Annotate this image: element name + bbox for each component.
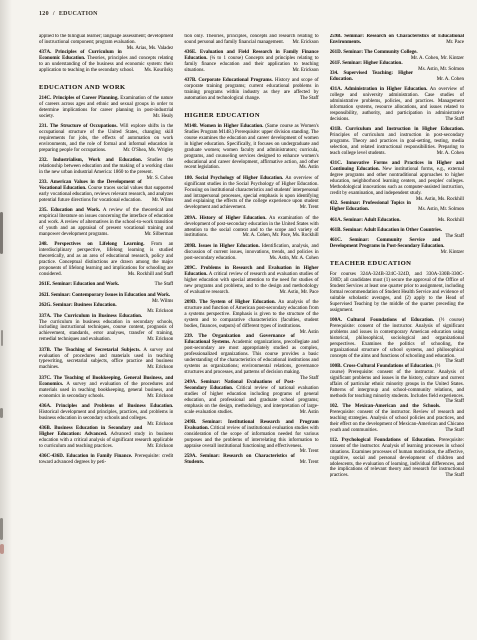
instructor-name: Ms. Astin, Mr. Solmon bbox=[413, 67, 464, 73]
instructor-name: The Staff bbox=[440, 117, 464, 123]
course-entry: 102. The Mexican-American and the School… bbox=[330, 404, 464, 434]
instructor-name: Mr. Erickson bbox=[142, 394, 173, 400]
continued-paragraph: tion only. Theories, principles, concept… bbox=[184, 34, 318, 46]
section-heading: TEACHER EDUCATION bbox=[330, 260, 464, 267]
course-entry: 259B. Seminar: Research on Characteristi… bbox=[330, 34, 464, 46]
instructor-name: The Staff bbox=[440, 234, 464, 240]
instructor-name: Mr. Wilms bbox=[147, 198, 173, 204]
instructor-name: Mr. Astin bbox=[295, 330, 319, 336]
instructor-name: The Staff bbox=[440, 428, 464, 434]
course-entry: 431A. Administration in Higher Education… bbox=[330, 87, 464, 122]
course-entry: 461B. Seminar: Adult Education in Other … bbox=[330, 228, 464, 234]
instructor-name: Mr. Trent bbox=[295, 449, 319, 455]
course-code-title: 100B. Cross-Cultural Foundations of Educ… bbox=[330, 364, 434, 369]
column-1: applied to the bilingual learner; langua… bbox=[39, 34, 173, 635]
course-description: An overview of college and university ad… bbox=[330, 87, 464, 122]
course-description: applied to the bilingual learner; langua… bbox=[39, 34, 173, 45]
course-description: An overview of significant studies in th… bbox=[184, 176, 318, 211]
course-code-title: 209D. The System of Higher Education. bbox=[184, 300, 275, 305]
scan-smudge bbox=[1, 330, 3, 346]
course-description: For courses 324A-324B-324C-324D, and 330… bbox=[330, 272, 464, 312]
instructor-name: Mr. Astin bbox=[295, 410, 319, 416]
instructor-name: Mr. A. Cohen, Mr. Pace, Ms. Rockhill bbox=[238, 233, 319, 239]
course-description: Prerequisite: consent of the instructor.… bbox=[330, 438, 464, 478]
course-code-title: 436A. Principles and Problems of Busines… bbox=[39, 404, 173, 409]
course-entry: 436B. Business Education in Secondary an… bbox=[39, 426, 173, 450]
course-entry: 231. The Structure of Occupations. Will … bbox=[39, 124, 173, 154]
instructor-name: Ms. Kourilsky bbox=[139, 68, 173, 74]
course-code-title: 235. Education and Work. bbox=[39, 208, 100, 213]
course-code-title: 432. Seminar: Professional Topics in Hig… bbox=[330, 201, 411, 212]
course-entry: 334. Supervised Teaching: Higher Educati… bbox=[330, 71, 464, 83]
course-entry: 261E. Seminar: Education and Work. The S… bbox=[39, 282, 173, 288]
instructor-name: The Staff bbox=[150, 282, 174, 288]
page-section-title: EDUCATION bbox=[59, 11, 98, 17]
course-code-title: 261E. Seminar: Education and Work. bbox=[39, 282, 119, 287]
course-code-title: 209A. History of Higher Education. bbox=[184, 216, 266, 221]
course-description: (½ course) Prerequisite: consent of the … bbox=[330, 318, 464, 358]
instructor-name: Mr. Astin, Mr. Pace bbox=[274, 290, 318, 296]
instructor-name: Mr. Erickson bbox=[142, 365, 173, 371]
instructor-name: The Staff bbox=[295, 376, 319, 382]
course-entry: 437B. Corporate Educational Programs. Hi… bbox=[184, 78, 318, 102]
instructor-name: Mr. Erickson bbox=[142, 422, 173, 428]
course-code-title: 112. Psychological Foundations of Educat… bbox=[330, 438, 436, 443]
instructor-name: Mr. Wilms bbox=[147, 299, 173, 305]
course-code-title: 214C. Principles of Career Planning. bbox=[39, 96, 119, 101]
instructor-name: Mr. Erickson bbox=[142, 337, 173, 343]
course-description: Academic organizations, precollegiate an… bbox=[184, 340, 318, 375]
course-entry: 432. Seminar: Professional Topics in Hig… bbox=[330, 201, 464, 213]
instructor-name: Mr. S. Cohen bbox=[142, 176, 174, 182]
course-entry: 431B. Curriculum and Instruction in High… bbox=[330, 127, 464, 157]
instructor-name: Mr. A. Cohen bbox=[432, 77, 464, 83]
course-entry: 436E. Evaluation and Field Research in F… bbox=[184, 50, 318, 74]
course-code-title: 337A. The Curriculum in Business Educati… bbox=[39, 314, 142, 319]
course-entry: 100A. Cultural Foundations of Education.… bbox=[330, 318, 464, 359]
course-code-title: 262I. Seminar: Contemporary Issues in Ed… bbox=[39, 293, 170, 298]
instructor-name: Ms. Arias, Ms. Valadez bbox=[122, 46, 174, 52]
course-entry: 232. Industrialism, Work and Education. … bbox=[39, 158, 173, 176]
course-code-title: 437B. Corporate Educational Programs. bbox=[184, 78, 272, 83]
course-code-title: 337B. The Teaching of Secretarial Subjec… bbox=[39, 348, 141, 353]
course-entry: 337A. The Curriculum in Business Educati… bbox=[39, 314, 173, 344]
course-code-title: 461C. Seminar: Community Service and Dev… bbox=[330, 238, 445, 249]
course-entry: 209D. The System of Higher Education. An… bbox=[184, 300, 318, 330]
course-entry: 248. Perspectives on Lifelong Learning. … bbox=[39, 242, 173, 277]
instructor-name: Mr. A. Cohen, Mr. Kintzer bbox=[406, 56, 464, 62]
course-code-title: 334. Supervised Teaching: Higher Educati… bbox=[330, 71, 413, 82]
course-entry: 249A. Seminar: National Evaluations of P… bbox=[184, 380, 318, 415]
course-entry: 337B. The Teaching of Secretarial Subjec… bbox=[39, 348, 173, 372]
page-header: 120/EDUCATION bbox=[39, 11, 102, 17]
header-separator: / bbox=[53, 11, 55, 17]
section-heading: EDUCATION AND WORK bbox=[39, 84, 173, 91]
column-2: tion only. Theories, principles, concept… bbox=[184, 34, 318, 635]
course-entry: 239. The Organization and Governance of … bbox=[184, 334, 318, 375]
course-entry: 209A. History of Higher Education. An ex… bbox=[184, 216, 318, 240]
course-code-title: 262G. Seminar: Business Education. bbox=[39, 303, 117, 308]
instructor-name: Ms. Rockhill bbox=[433, 218, 464, 224]
course-code-title: 180. Social Psychology of Higher Educati… bbox=[184, 176, 283, 181]
continued-paragraph: For courses 324A-324B-324C-324D, and 330… bbox=[330, 272, 464, 313]
course-code-title: 431A. Administration in Higher Education… bbox=[330, 87, 428, 92]
instructor-name: Ms. Astin, Mr. A. Cohen bbox=[264, 256, 318, 262]
course-entry: M148. Women in Higher Education. (Same c… bbox=[184, 124, 318, 171]
course-entry: 259A. Seminar: Research on Characteristi… bbox=[184, 454, 318, 466]
course-entry: 337C. The Teaching of Bookkeeping, Gener… bbox=[39, 376, 173, 400]
instructor-name: Mr. Silberman bbox=[139, 232, 173, 238]
course-entry: 262I. Seminar: Contemporary Issues in Ed… bbox=[39, 293, 173, 299]
text-columns: applied to the bilingual learner; langua… bbox=[39, 34, 464, 635]
instructor-name: Mr. Erickson bbox=[142, 444, 173, 450]
course-code-title: 100A. Cultural Foundations of Education. bbox=[330, 318, 434, 323]
course-code-title: 461B. Seminar: Adult Education in Other … bbox=[330, 228, 442, 233]
instructor-name: Mr. Kintzer bbox=[436, 250, 464, 256]
instructor-name: The Staff bbox=[440, 473, 464, 479]
course-code-title: 461A. Seminar: Adult Education. bbox=[330, 218, 401, 223]
course-entry: 261D. Seminar: The Community College. Mr… bbox=[330, 50, 464, 56]
course-entry: 214C. Principles of Career Planning. Exa… bbox=[39, 96, 173, 120]
course-entry: 437A. Principles of Curriculum in Econom… bbox=[39, 50, 173, 74]
instructor-name: Mr. Erickson bbox=[142, 309, 173, 315]
course-entry: 436C-436D. Education in Family Finance. … bbox=[39, 454, 173, 466]
instructor-name: Mr. Trent bbox=[295, 460, 319, 466]
course-description: Historical development and principles, p… bbox=[39, 410, 173, 421]
course-entry: 235. Education and Work. A review of the… bbox=[39, 208, 173, 238]
scan-smudge bbox=[0, 212, 3, 254]
scan-smudge bbox=[0, 518, 3, 540]
course-entry: 100B. Cross-Cultural Foundations of Educ… bbox=[330, 364, 464, 399]
course-entry: 431C. Innovative Forms and Practices in … bbox=[330, 161, 464, 196]
instructor-name: Mr. Erickson bbox=[288, 68, 319, 74]
column-3: 259B. Seminar: Research on Characteristi… bbox=[330, 34, 464, 635]
course-entry: 233. American Values in the Development … bbox=[39, 180, 173, 204]
scan-smudge bbox=[0, 408, 3, 418]
course-code-title: M148. Women in Higher Education. bbox=[184, 124, 263, 129]
course-code-title: 261D. Seminar: The Community College. bbox=[330, 50, 418, 55]
course-code-title: 248. Perspectives on Lifelong Learning. bbox=[39, 242, 145, 247]
instructor-name: Mr. Trent bbox=[295, 205, 319, 211]
scan-smudge bbox=[0, 544, 4, 554]
course-code-title: 209B. Issues in Higher Education. bbox=[184, 244, 259, 249]
instructor-name: Ms. Astin, Ms. Rockhill bbox=[411, 197, 464, 203]
page-number: 120 bbox=[39, 11, 49, 17]
course-code-title: 232. Industrialism, Work and Education. bbox=[39, 158, 142, 163]
instructor-name: The Staff bbox=[440, 359, 464, 365]
catalog-page: 120/EDUCATION applied to the bilingual l… bbox=[0, 0, 477, 640]
course-entry: 461A. Seminar: Adult Education. Ms. Rock… bbox=[330, 218, 464, 224]
course-code-title: 261F. Seminar: Higher Education. bbox=[330, 61, 403, 66]
course-code-title: 231. The Structure of Occupations. bbox=[39, 124, 118, 129]
section-heading: HIGHER EDUCATION bbox=[184, 112, 318, 119]
course-entry: 180. Social Psychology of Higher Educati… bbox=[184, 176, 318, 211]
course-code-title: 436C-436D. Education in Family Finance. bbox=[39, 454, 132, 459]
course-entry: 461C. Seminar: Community Service and Dev… bbox=[330, 238, 464, 250]
course-description: (½ course) Prerequisite: consent of the … bbox=[330, 364, 464, 399]
instructor-name: Ms. Astin bbox=[294, 165, 318, 171]
course-entry: 112. Psychological Foundations of Educat… bbox=[330, 438, 464, 479]
course-entry: 249B. Seminar: Institutional Research an… bbox=[184, 420, 318, 450]
instructor-name: Mr. O'Shea, Ms. Wrigley bbox=[118, 148, 173, 154]
instructor-name: Ms. Rockhill and Staff bbox=[123, 272, 173, 278]
course-description: From an interdisciplinary perspective, l… bbox=[39, 242, 173, 277]
instructor-name: Mr. Healy bbox=[148, 114, 173, 120]
continued-paragraph: applied to the bilingual learner; langua… bbox=[39, 34, 173, 46]
instructor-name: The Staff bbox=[295, 96, 319, 102]
course-entry: 436A. Principles and Problems of Busines… bbox=[39, 404, 173, 422]
instructor-name: Mr. Pace bbox=[441, 40, 464, 46]
course-description: (Same course as Women's Studies Program … bbox=[184, 124, 318, 170]
instructor-name: Ms. Astin, Mr. Solmon bbox=[413, 207, 464, 213]
course-code-title: 259A. Seminar: Research on Characteristi… bbox=[184, 454, 294, 465]
course-entry: 209B. Issues in Higher Education. Identi… bbox=[184, 244, 318, 262]
instructor-name: Mr. Erickson bbox=[288, 40, 319, 46]
course-code-title: 102. The Mexican-American and the School… bbox=[330, 404, 441, 409]
instructor-name: The Staff bbox=[440, 399, 464, 405]
course-entry: 209C. Problems in Research and Evaluatio… bbox=[184, 266, 318, 296]
instructor-name: Mr. A. Cohen bbox=[432, 151, 464, 157]
course-code-title: 431B. Curriculum and Instruction in High… bbox=[330, 127, 464, 132]
